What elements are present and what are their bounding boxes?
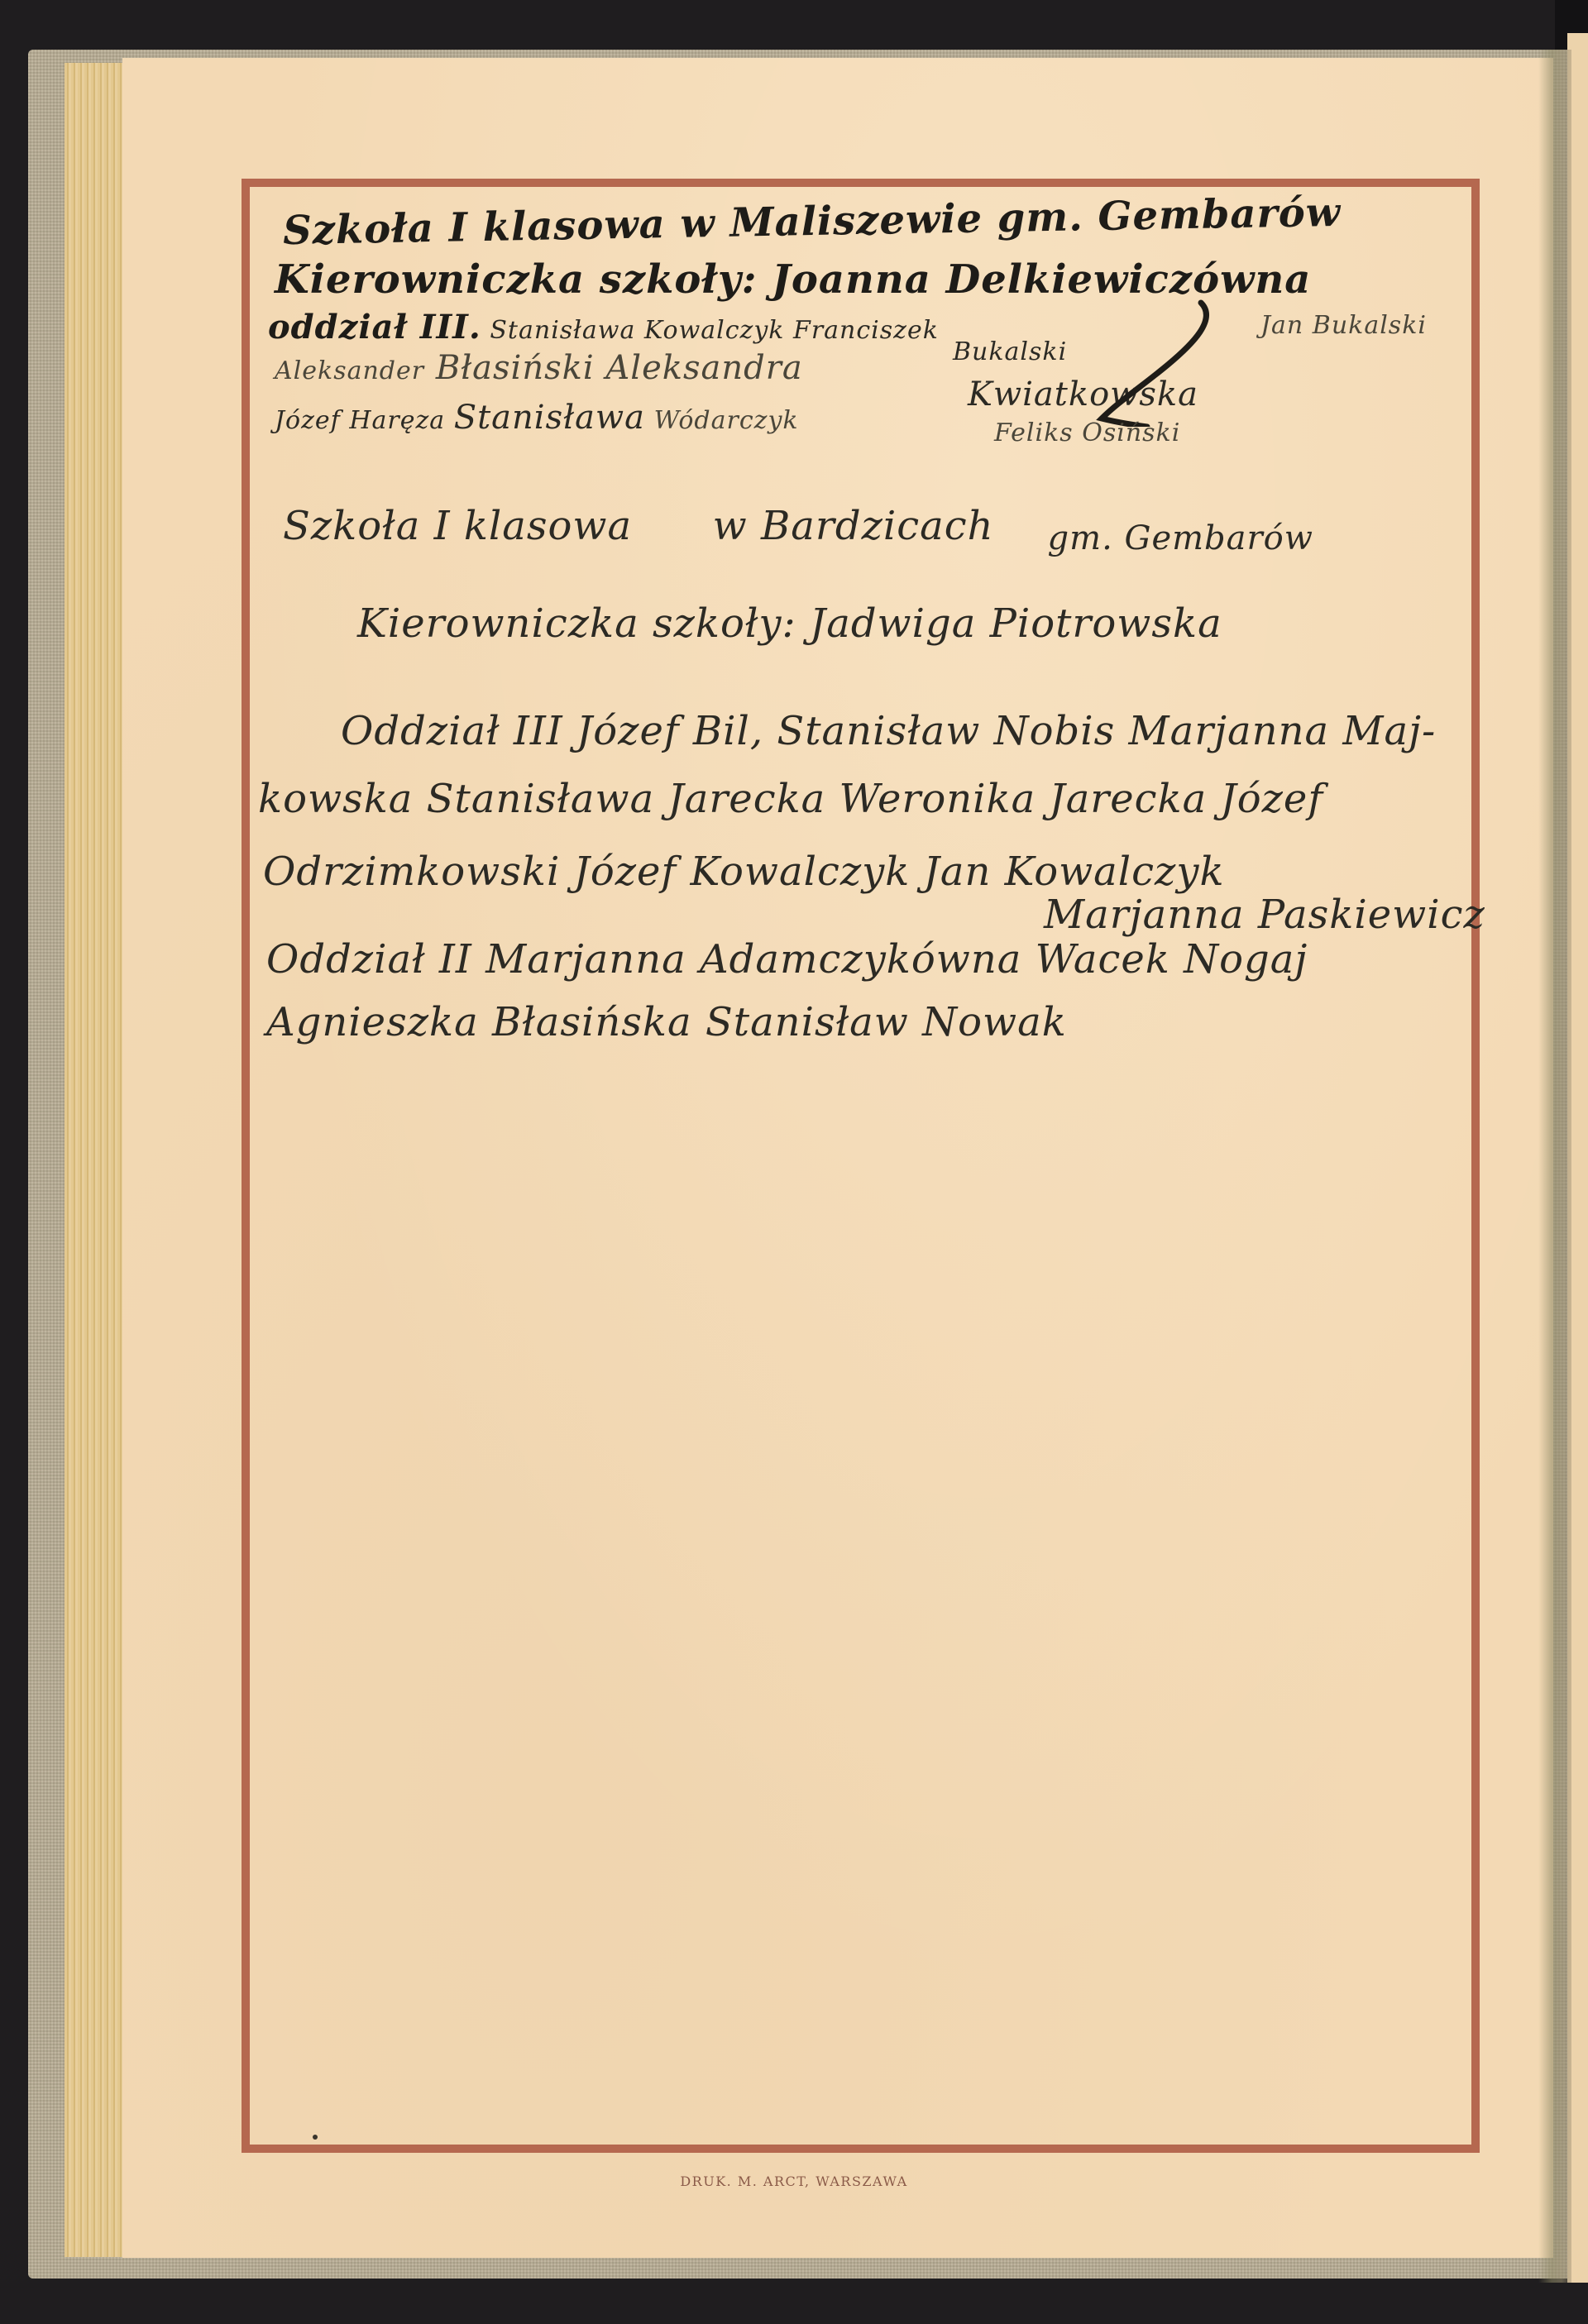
- checkmark-stroke: [1077, 294, 1217, 427]
- ink-spot: [313, 2135, 318, 2140]
- division-label: oddział III.: [268, 308, 481, 347]
- school-2-heading-part-2: w Bardzicach: [713, 503, 994, 549]
- head-teacher-label: Kierowniczka szkoły:: [357, 600, 796, 647]
- school-1-heading: Szkoła I klasowa w Maliszewie gm. Gembar…: [283, 189, 1342, 254]
- school-2-division-2-above: Marjanna Paskiewicz: [1044, 892, 1485, 938]
- school-2-head-teacher: Kierowniczka szkoły: Jadwiga Piotrowska: [357, 600, 1222, 647]
- school-2-division-3-line-1: Oddział III Józef Bil, Stanisław Nobis M…: [341, 708, 1436, 754]
- school-1-row-1: oddział III. Stanisława Kowalczyk Franci…: [268, 308, 939, 347]
- handwritten-content: Szkoła I klasowa w Maliszewie gm. Gembar…: [250, 187, 1471, 2145]
- school-1-row-3: Józef Haręza Stanisława Wódarczyk: [275, 399, 799, 437]
- head-teacher-label: Kierowniczka szkoły:: [275, 256, 757, 303]
- student-name: Józef: [275, 406, 341, 435]
- student-name: Błasiński: [436, 349, 595, 387]
- student-names: Marjanna Adamczykówna Wacek Nogaj: [485, 936, 1308, 983]
- student-name-right: Feliks Osiński: [994, 418, 1180, 447]
- student-names: Józef Bil, Stanisław Nobis Marjanna Maj-: [576, 708, 1436, 754]
- school-2-division-2-line-1: Oddział II Marjanna Adamczykówna Wacek N…: [266, 936, 1308, 983]
- student-name: Stanisława: [490, 316, 635, 345]
- school-2-heading-part-3: gm. Gembarów: [1048, 519, 1313, 557]
- student-name-right: Jan Bukalski: [1260, 311, 1427, 340]
- head-teacher-name: Joanna Delkiewiczówna: [772, 256, 1311, 303]
- school-2-division-2-line-2: Agnieszka Błasińska Stanisław Nowak: [266, 999, 1067, 1045]
- student-name: Franciszek: [793, 316, 939, 345]
- division-label: Oddział II: [266, 936, 472, 983]
- student-name: Aleksandra: [605, 349, 802, 387]
- division-label: Oddział III: [341, 708, 563, 754]
- school-2-heading: Szkoła I klasowa w Bardzicach gm. Gembar…: [283, 503, 1313, 549]
- school-2-division-3-line-3: Odrzimkowski Józef Kowalczyk Jan Kowalcz…: [263, 849, 1225, 895]
- school-2-heading-part-1: Szkoła I klasowa: [283, 503, 632, 549]
- student-name: Aleksander: [275, 356, 424, 385]
- school-1-row-2: Aleksander Błasiński Aleksandra: [275, 349, 803, 387]
- student-name: Kowalczyk: [644, 316, 785, 345]
- student-name-above: Bukalski: [953, 337, 1067, 366]
- student-name: Stanisława: [454, 399, 645, 437]
- student-name: Wódarczyk: [654, 406, 799, 435]
- printed-frame: Szkoła I klasowa w Maliszewie gm. Gembar…: [242, 179, 1480, 2153]
- printer-imprint: DRUK. M. ARCT, WARSZAWA: [0, 2173, 1588, 2189]
- book-gutter-shadow: [1538, 50, 1571, 2283]
- student-name: Haręza: [349, 406, 445, 435]
- head-teacher-name: Jadwiga Piotrowska: [810, 600, 1222, 647]
- school-2-division-3-line-2: kowska Stanisława Jarecka Weronika Jarec…: [258, 776, 1323, 822]
- page-edges: [65, 63, 124, 2257]
